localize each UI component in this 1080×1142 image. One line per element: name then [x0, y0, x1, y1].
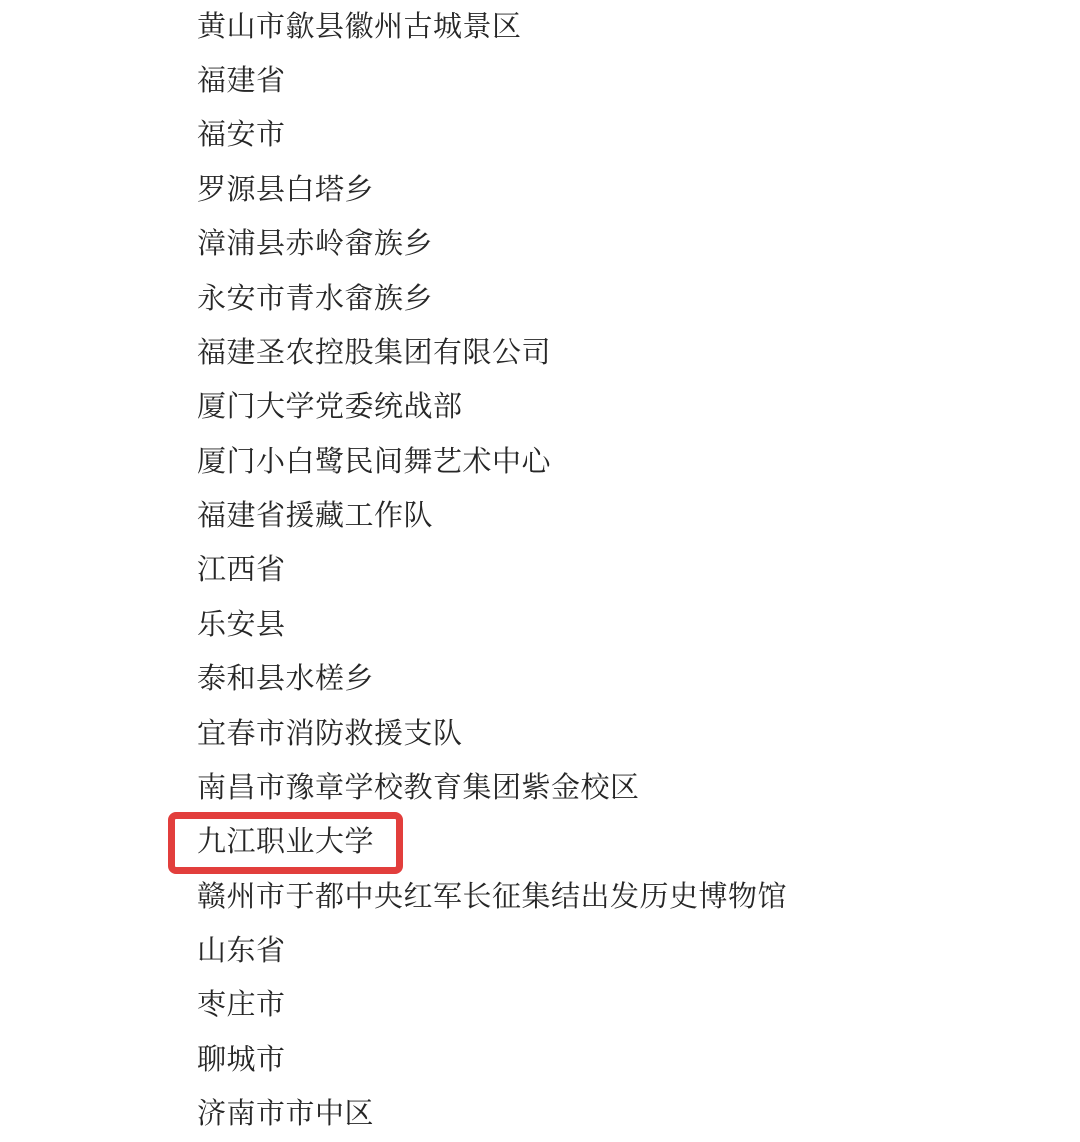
list-item: 宜春市消防救援支队	[0, 707, 1080, 761]
list-item: 福建省	[0, 54, 1080, 108]
list-item: 漳浦县赤岭畲族乡	[0, 218, 1080, 272]
list-item-label: 永安市青水畲族乡	[197, 285, 433, 314]
list-item-label: 江西省	[197, 556, 286, 585]
list-item-label: 漳浦县赤岭畲族乡	[197, 230, 433, 259]
name-list: 黄山市歙县徽州古城景区福建省福安市罗源县白塔乡漳浦县赤岭畲族乡永安市青水畲族乡福…	[0, 0, 1080, 1142]
list-item-label: 厦门大学党委统战部	[197, 393, 463, 422]
list-item-label: 南昌市豫章学校教育集团紫金校区	[197, 774, 640, 803]
list-item-label: 枣庄市	[197, 991, 286, 1020]
list-item: 赣州市于都中央红军长征集结出发历史博物馆	[0, 870, 1080, 924]
list-item: 福建省援藏工作队	[0, 489, 1080, 543]
list-item-label: 济南市市中区	[197, 1100, 374, 1129]
list-item-label-highlighted: 九江职业大学	[197, 826, 374, 858]
list-item-label: 山东省	[197, 937, 286, 966]
list-item: 黄山市歙县徽州古城景区	[0, 0, 1080, 54]
list-item: 厦门小白鹭民间舞艺术中心	[0, 435, 1080, 489]
list-item: 福建圣农控股集团有限公司	[0, 326, 1080, 380]
list-item-label: 福建圣农控股集团有限公司	[197, 339, 551, 368]
list-item: 厦门大学党委统战部	[0, 381, 1080, 435]
list-item-label: 赣州市于都中央红军长征集结出发历史博物馆	[197, 883, 787, 912]
list-item: 江西省	[0, 544, 1080, 598]
list-item-label: 福建省援藏工作队	[197, 502, 433, 531]
red-highlight-box: 九江职业大学	[168, 812, 403, 874]
list-item: 九江职业大学	[0, 816, 1080, 870]
list-item-label: 福安市	[197, 121, 286, 150]
list-item: 南昌市豫章学校教育集团紫金校区	[0, 761, 1080, 815]
list-item-label: 罗源县白塔乡	[197, 176, 374, 205]
list-item: 永安市青水畲族乡	[0, 272, 1080, 326]
list-item: 济南市市中区	[0, 1088, 1080, 1142]
list-item: 山东省	[0, 924, 1080, 978]
list-item-label: 泰和县水槎乡	[197, 665, 374, 694]
list-item: 乐安县	[0, 598, 1080, 652]
list-item-label: 黄山市歙县徽州古城景区	[197, 13, 522, 42]
list-item-label: 福建省	[197, 67, 286, 96]
list-item-label: 宜春市消防救援支队	[197, 720, 463, 749]
list-item-label: 厦门小白鹭民间舞艺术中心	[197, 448, 551, 477]
list-item: 罗源县白塔乡	[0, 163, 1080, 217]
list-item: 聊城市	[0, 1033, 1080, 1087]
list-item: 福安市	[0, 109, 1080, 163]
list-item-label: 乐安县	[197, 611, 286, 640]
list-item: 泰和县水槎乡	[0, 653, 1080, 707]
list-item: 枣庄市	[0, 979, 1080, 1033]
list-item-label: 聊城市	[197, 1046, 286, 1075]
